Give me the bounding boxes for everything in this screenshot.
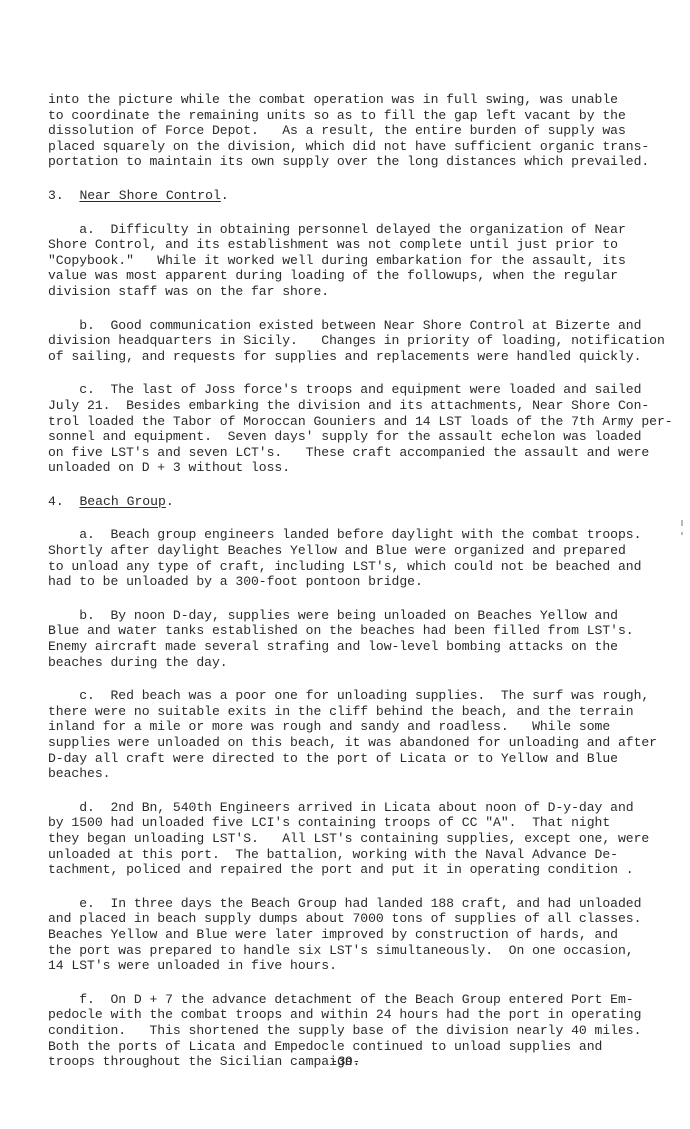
text-line: into the picture while the combat operat…	[48, 92, 668, 108]
paragraph-3c: c. The last of Joss force's troops and e…	[48, 382, 668, 476]
text-line: Shore Control, and its establishment was…	[48, 237, 668, 253]
intro-paragraph: into the picture while the combat operat…	[48, 92, 668, 170]
text-line: the port was prepared to handle six LST'…	[48, 943, 668, 959]
text-line: to coordinate the remaining units so as …	[48, 108, 668, 124]
text-line: placed squarely on the division, which d…	[48, 139, 668, 155]
text-line: Both the ports of Licata and Empedocle c…	[48, 1039, 668, 1055]
paragraph-3a: a. Difficulty in obtaining personnel del…	[48, 222, 668, 300]
text-line: 14 LST's were unloaded in five hours.	[48, 958, 668, 974]
section-title: Near Shore Control	[79, 188, 220, 203]
paragraph-4d: d. 2nd Bn, 540th Engineers arrived in Li…	[48, 800, 668, 878]
text-line: beaches during the day.	[48, 655, 668, 671]
text-line: on five LST's and seven LCT's. These cra…	[48, 445, 668, 461]
section-number: 4.	[48, 494, 64, 509]
text-line: by 1500 had unloaded five LCI's containi…	[48, 815, 668, 831]
text-line: "Copybook." While it worked well during …	[48, 253, 668, 269]
page-number: -39-	[0, 1054, 690, 1069]
section-number: 3.	[48, 188, 64, 203]
text-line: supplies were unloaded on this beach, it…	[48, 735, 668, 751]
text-line: portation to maintain its own supply ove…	[48, 154, 668, 170]
text-line: division staff was on the far shore.	[48, 284, 668, 300]
paragraph-4b: b. By noon D-day, supplies were being un…	[48, 608, 668, 670]
text-line: inland for a mile or more was rough and …	[48, 719, 668, 735]
document-page: into the picture while the combat operat…	[48, 92, 668, 1070]
text-line: tachment, policed and repaired the port …	[48, 862, 668, 878]
scan-mark	[681, 520, 683, 526]
scan-mark	[681, 532, 683, 535]
text-line: a. Difficulty in obtaining personnel del…	[48, 222, 668, 238]
text-line: there were no suitable exits in the clif…	[48, 704, 668, 720]
text-line: unloaded at this port. The battalion, wo…	[48, 847, 668, 863]
paragraph-4e: e. In three days the Beach Group had lan…	[48, 896, 668, 974]
paragraph-4a: a. Beach group engineers landed before d…	[48, 527, 668, 589]
section-title-suffix: .	[166, 494, 174, 509]
text-line: Shortly after daylight Beaches Yellow an…	[48, 543, 668, 559]
section-heading-beach-group: 4. Beach Group.	[48, 494, 668, 510]
text-line: c. The last of Joss force's troops and e…	[48, 382, 668, 398]
text-line: D-day all craft were directed to the por…	[48, 751, 668, 767]
section-title-suffix: .	[221, 188, 229, 203]
text-line: July 21. Besides embarking the division …	[48, 398, 668, 414]
text-line: Beaches Yellow and Blue were later impro…	[48, 927, 668, 943]
text-line: trol loaded the Tabor of Moroccan Gounie…	[48, 414, 668, 430]
text-line: had to be unloaded by a 300-foot pontoon…	[48, 574, 668, 590]
text-line: value was most apparent during loading o…	[48, 268, 668, 284]
paragraph-3b: b. Good communication existed between Ne…	[48, 318, 668, 365]
paragraph-4c: c. Red beach was a poor one for unloadin…	[48, 688, 668, 782]
text-line: unloaded on D + 3 without loss.	[48, 460, 668, 476]
text-line: to unload any type of craft, including L…	[48, 559, 668, 575]
text-line: and placed in beach supply dumps about 7…	[48, 911, 668, 927]
text-line: of sailing, and requests for supplies an…	[48, 349, 668, 365]
text-line: Blue and water tanks established on the …	[48, 623, 668, 639]
text-line: b. Good communication existed between Ne…	[48, 318, 668, 334]
text-line: condition. This shortened the supply bas…	[48, 1023, 668, 1039]
text-line: d. 2nd Bn, 540th Engineers arrived in Li…	[48, 800, 668, 816]
text-line: f. On D + 7 the advance detachment of th…	[48, 992, 668, 1008]
text-line: dissolution of Force Depot. As a result,…	[48, 123, 668, 139]
text-line: sonnel and equipment. Seven days' supply…	[48, 429, 668, 445]
text-line: a. Beach group engineers landed before d…	[48, 527, 668, 543]
text-line: pedocle with the combat troops and withi…	[48, 1007, 668, 1023]
text-line: e. In three days the Beach Group had lan…	[48, 896, 668, 912]
text-line: division headquarters in Sicily. Changes…	[48, 333, 668, 349]
text-line: Enemy aircraft made several strafing and…	[48, 639, 668, 655]
section-heading-near-shore-control: 3. Near Shore Control.	[48, 188, 668, 204]
text-line: b. By noon D-day, supplies were being un…	[48, 608, 668, 624]
text-line: beaches.	[48, 766, 668, 782]
section-title: Beach Group	[79, 494, 165, 509]
text-line: c. Red beach was a poor one for unloadin…	[48, 688, 668, 704]
text-line: they began unloading LST'S. All LST's co…	[48, 831, 668, 847]
